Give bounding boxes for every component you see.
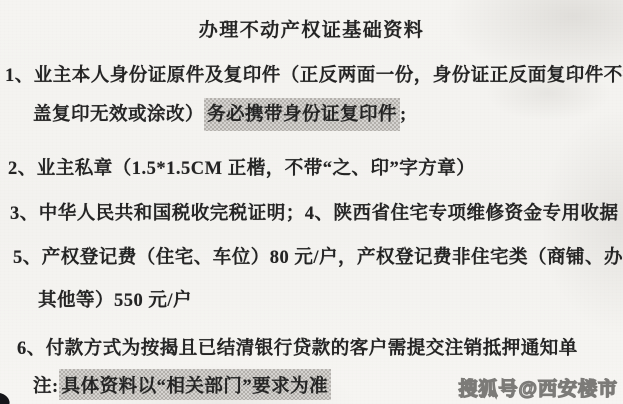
item-2-private-seal: 2、业主私章（1.5*1.5CM 正楷，不带“之、印”字方章） xyxy=(8,158,475,181)
note-line: 注:具体资料以“相关部门”要求为准 xyxy=(33,376,331,399)
item-6-mortgage-cancellation-notice: 6、付款方式为按揭且已结清银行贷款的客户需提交注销抵押通知单 xyxy=(17,338,578,361)
item-1-line-2-suffix: ; xyxy=(400,105,407,125)
scanned-document-page: 办理不动产权证基础资料 1、业主本人身份证原件及复印件（正反两面一份，身份证正反… xyxy=(0,0,623,404)
note-prefix: 注: xyxy=(33,377,59,397)
highlight-subject-to-authority-requirements: 具体资料以“相关部门”要求为准 xyxy=(59,369,332,400)
watermark-sohu-xian-realestate: 搜狐号@西安楼市 xyxy=(458,374,618,401)
item-1-line-1: 1、业主本人身份证原件及复印件（正反两面一份，身份证正反面复印件不得加 xyxy=(5,65,623,88)
bottom-left-ink-mark xyxy=(0,392,12,404)
item-5-line-1-registration-fee: 5、产权登记费（住宅、车位）80 元/户，产权登记费非住宅类（商铺、办公、 xyxy=(13,247,623,270)
item-5-line-2-registration-fee: 其他等）550 元/户 xyxy=(38,290,192,313)
item-3-4-tax-and-fund-receipts: 3、中华人民共和国税收完税证明；4、陕西省住宅专项维修资金专用收据 xyxy=(10,203,619,226)
highlight-must-carry-id-copy: 务必携带身份证复印件 xyxy=(204,98,400,131)
document-title: 办理不动产权证基础资料 xyxy=(0,19,623,42)
item-1-line-2-prefix: 盖复印无效或涂改） xyxy=(33,105,204,125)
item-1-line-2: 盖复印无效或涂改）务必携带身份证复印件; xyxy=(33,104,407,127)
